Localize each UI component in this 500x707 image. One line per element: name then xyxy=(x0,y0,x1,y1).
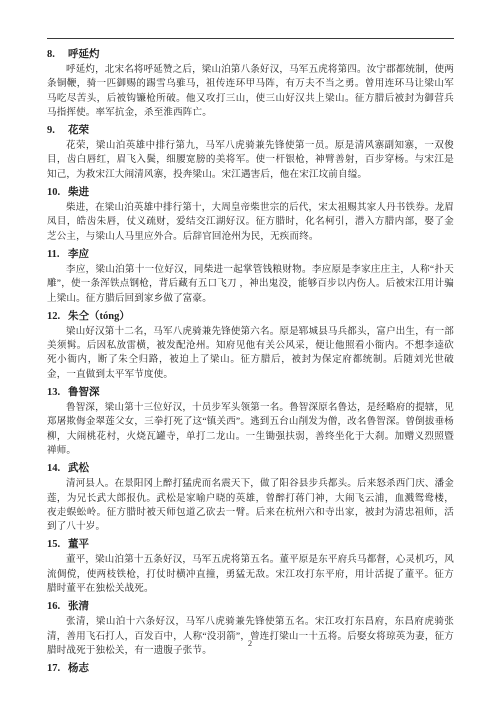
section-body: 清河县人。在景阳冈上醉打猛虎而名震天下，做了阳谷县步兵都头。后来怒杀西门庆、潘金… xyxy=(47,477,454,534)
section-number: 12. xyxy=(47,310,68,323)
page-number: 2 xyxy=(0,638,500,648)
section-body: 张清，梁山泊十六条好汉，马军八虎骑兼先锋使第五名。宋江攻打东昌府，东昌府虎骑张清… xyxy=(47,615,454,658)
section-body: 梁山好汉第十二名，马军八虎骑兼先锋使第六名。原是郓城县马兵都头，富户出生，有一部… xyxy=(47,325,454,382)
header-rule xyxy=(47,38,454,39)
section-number: 17. xyxy=(47,662,68,675)
section-title: 花荣 xyxy=(68,125,89,136)
section-number: 11. xyxy=(47,248,68,261)
document-content: 8.呼延灼 呼延灼，北宋名将呼延赞之后，梁山泊第八条好汉，马军五虎将第四。汝宁郡… xyxy=(47,44,454,677)
section-title: 董平 xyxy=(68,539,89,550)
section-title: 呼延灼 xyxy=(68,49,100,60)
section-heading: 10.柴进 xyxy=(47,186,454,199)
section-title: 朱仝（tóng） xyxy=(68,311,130,322)
section-title: 柴进 xyxy=(68,187,89,198)
section-number: 15. xyxy=(47,538,68,551)
section-heading: 17.杨志 xyxy=(47,662,454,675)
section-title: 武松 xyxy=(68,463,89,474)
section-body: 鲁智深，梁山第十三位好汉，十员步军头领第一名。鲁智深原名鲁达，是经略府的提辖，见… xyxy=(47,401,454,458)
section-heading: 9.花荣 xyxy=(47,124,454,137)
section-title: 李应 xyxy=(68,249,89,260)
section-number: 10. xyxy=(47,186,68,199)
section-number: 16. xyxy=(47,600,68,613)
section-number: 8. xyxy=(47,48,68,61)
section-number: 9. xyxy=(47,124,68,137)
document-page: 8.呼延灼 呼延灼，北宋名将呼延赞之后，梁山泊第八条好汉，马军五虎将第四。汝宁郡… xyxy=(0,0,500,707)
section-title: 杨志 xyxy=(68,663,89,674)
section-title: 张清 xyxy=(68,601,89,612)
section-title: 鲁智深 xyxy=(68,387,100,398)
section-number: 14. xyxy=(47,462,68,475)
section-body: 花荣，梁山泊英雄中排行第九，马军八虎骑兼先锋使第一员。原是清风寨副知寨，一双俊目… xyxy=(47,139,454,182)
section-body: 李应，梁山泊第十一位好汉，同柴进一起掌管钱粮财物。李应原是李家庄庄主，人称“扑天… xyxy=(47,263,454,306)
section-heading: 15.董平 xyxy=(47,538,454,551)
section-heading: 16.张清 xyxy=(47,600,454,613)
section-heading: 12.朱仝（tóng） xyxy=(47,310,454,323)
section-heading: 14.武松 xyxy=(47,462,454,475)
section-heading: 11.李应 xyxy=(47,248,454,261)
section-heading: 13.鲁智深 xyxy=(47,386,454,399)
section-number: 13. xyxy=(47,386,68,399)
section-body: 呼延灼，北宋名将呼延赞之后，梁山泊第八条好汉，马军五虎将第四。汝宁郡都统制，使两… xyxy=(47,63,454,120)
section-body: 柴进，在梁山泊英雄中排行第十，大周皇帝柴世宗的后代，宋太祖赐其家人丹书铁券。龙眉… xyxy=(47,201,454,244)
section-body: 董平，梁山泊第十五条好汉，马军五虎将第五名。董平原是东平府兵马都督，心灵机巧，风… xyxy=(47,553,454,596)
section-heading: 8.呼延灼 xyxy=(47,48,454,61)
